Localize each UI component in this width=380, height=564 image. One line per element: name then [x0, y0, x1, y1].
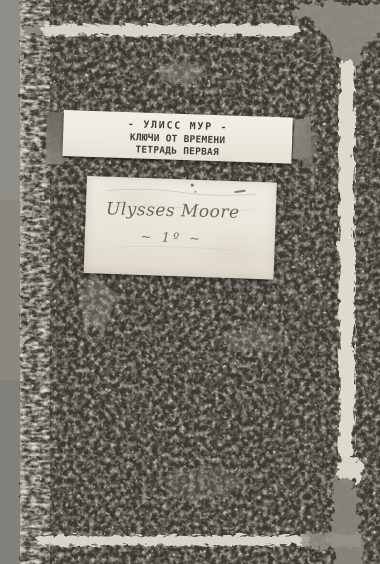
wear-patch — [160, 464, 240, 496]
book-cover-photo: - УЛИСС МУР - КЛЮЧИ ОТ ВРЕМЕНИ ТЕТРАДЬ П… — [0, 0, 380, 564]
worn-top-band — [40, 23, 298, 34]
worn-bottom-band-tail — [300, 532, 360, 546]
ink-dot — [194, 191, 196, 193]
ink-dot — [191, 184, 194, 187]
worn-blob-bottom-right — [328, 473, 358, 564]
cover-texture — [0, 0, 380, 564]
tape-scrap-left — [45, 112, 65, 165]
faint-scribbles — [84, 176, 277, 280]
typed-title-label: - УЛИСС МУР - КЛЮЧИ ОТ ВРЕМЕНИ ТЕТРАДЬ П… — [62, 110, 292, 164]
handwritten-card: Ulysses Moore ~ 1º ~ — [84, 176, 277, 280]
worn-top-band-lead — [22, 24, 42, 33]
left-hinge-wear — [20, 0, 50, 564]
worn-bottom-band — [36, 534, 308, 544]
wear-patch — [220, 321, 280, 349]
wear-patch — [153, 58, 197, 82]
wear-patch — [77, 274, 113, 326]
tape-scrap-right — [292, 117, 313, 160]
worn-right-band — [337, 58, 352, 456]
